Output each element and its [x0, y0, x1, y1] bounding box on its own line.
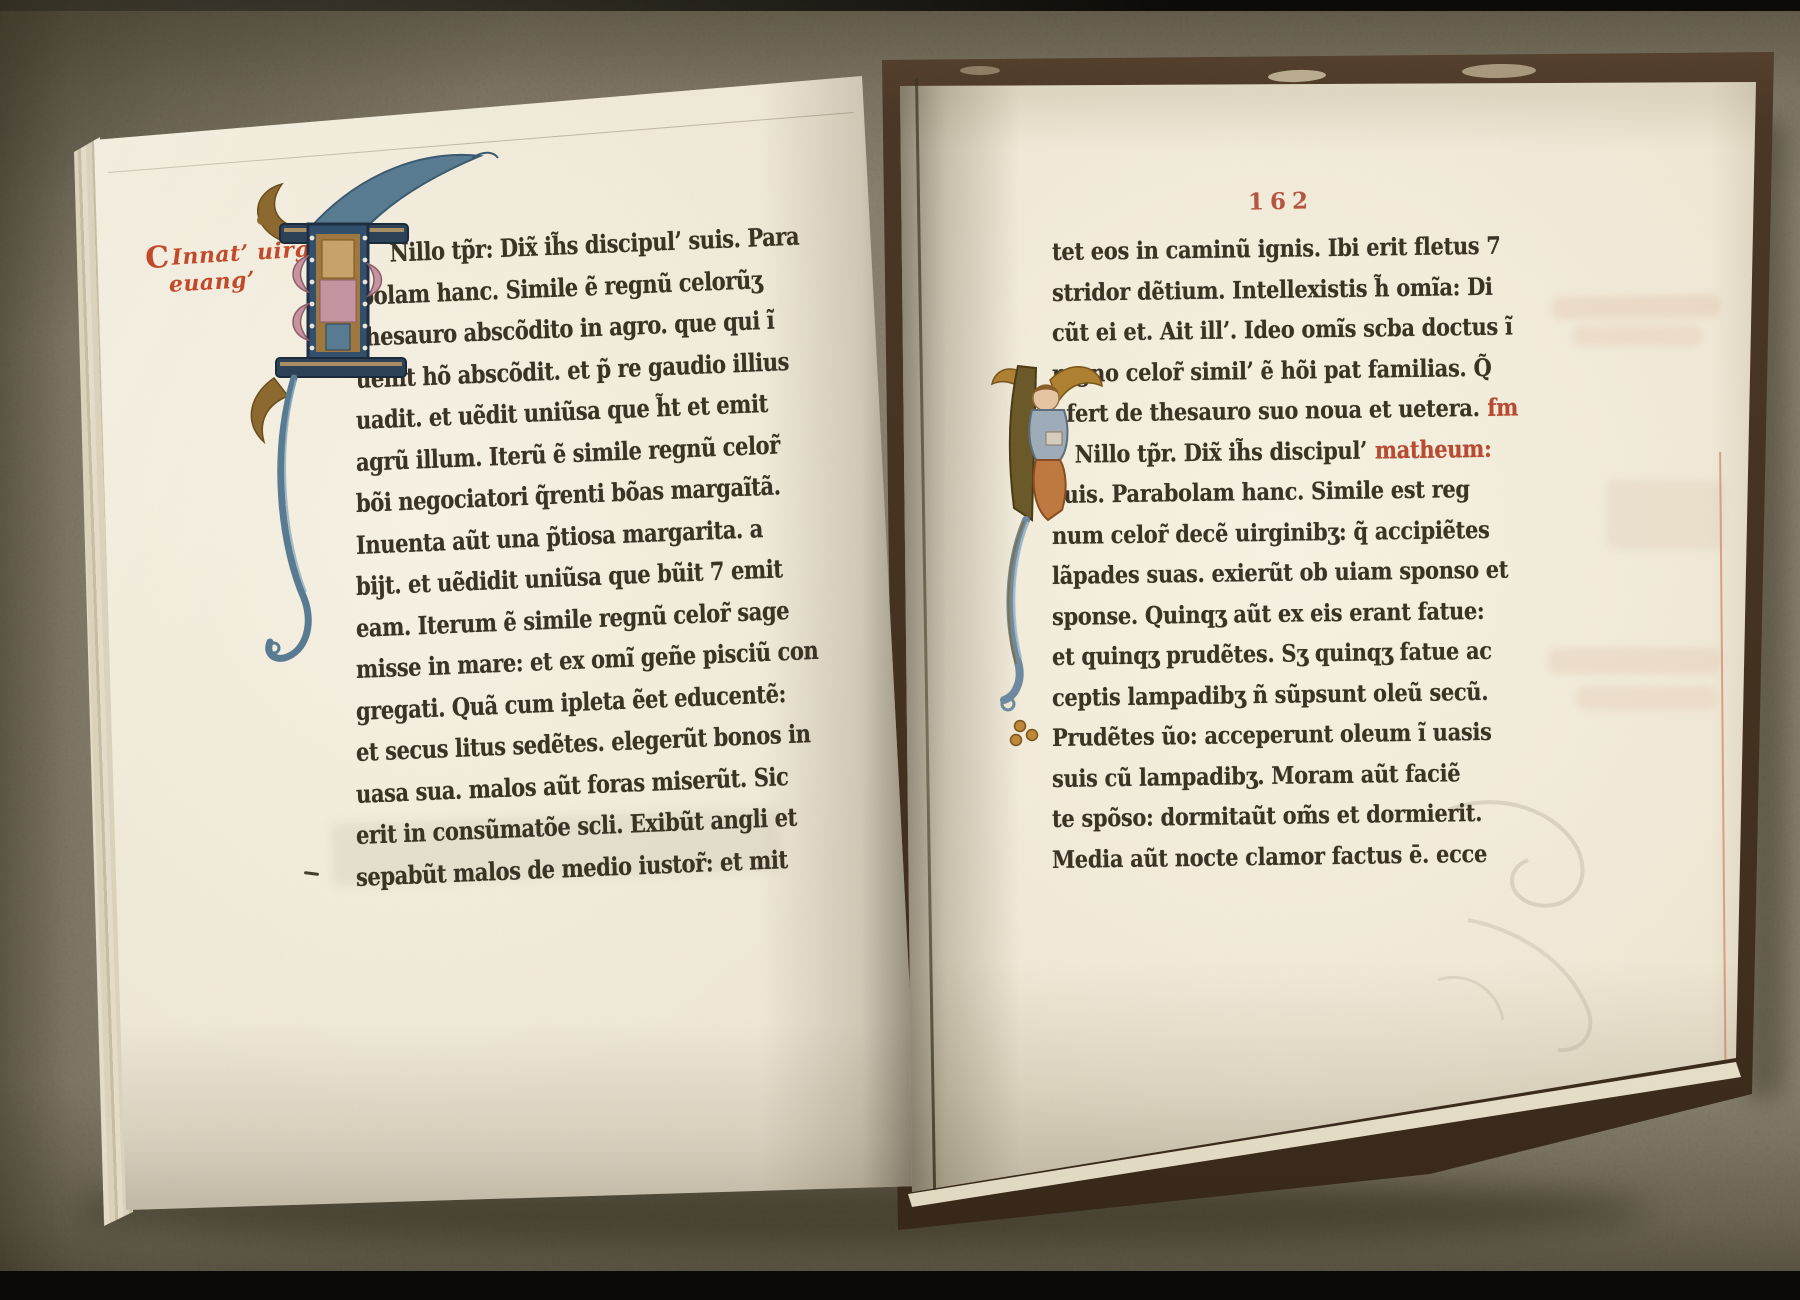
text-line: bijt. et uẽdidit uniũsa que bũit 7 emit [355, 551, 717, 607]
text-line: gregati. Quã cum ipleta ẽet educentẽ: [355, 676, 717, 732]
text-line: et quinqʒ prudẽtes. Sʒ quinqʒ fatue ac [1052, 631, 1453, 677]
show-through-mark [1548, 648, 1720, 674]
text-line: ceptis lampadibʒ ñ sũpsunt oleũ secũ. [1052, 672, 1453, 718]
text-line: suis. Parabolam hanc. Simile est reg [1052, 469, 1453, 515]
historiated-initial-angel-icon [988, 358, 1106, 758]
text-segment: pfert de thesauro suo noua et uetera. [1052, 393, 1480, 428]
text-line: sepabũt malos de medio iustor̃: et mit [355, 842, 717, 898]
photo-edge-top [0, 0, 1800, 11]
gutter-fold-line [915, 78, 936, 1190]
show-through-mark [1606, 480, 1724, 550]
text-line: uenit hõ abscõdit. et p̃ re gaudio illiu… [355, 344, 717, 400]
text-line: agrũ illum. Iterũ ẽ simile regnũ celor̃ [355, 427, 717, 483]
text-line: misse in mare: et ex omĩ geñe pisciũ con [355, 634, 717, 690]
text-line: sponse. Quinqʒ aũt ex eis erant fatue: [1052, 591, 1453, 637]
right-page: 162 [0, 0, 1800, 1300]
text-line: et secus litus sedẽtes. elegerũt bonos i… [355, 717, 717, 773]
margin-mark [304, 871, 319, 876]
right-text-column: tet eos in caminũ ignis. Ibi erit fletus… [1052, 232, 1512, 880]
text-line: suis cũ lampadibʒ. Moram aũt faciẽ [1052, 753, 1453, 799]
book-shadow [70, 1175, 1650, 1247]
leather-cover [0, 0, 1800, 1300]
text-line: Prudẽtes ũo: acceperunt oleum ĩ uasis [1052, 712, 1453, 758]
show-through-mark [1552, 295, 1720, 320]
offset-drawing-ghost [1408, 780, 1648, 1070]
ink-smudge [331, 808, 781, 886]
marginal-note: CInnat’ uirg’ euang’ [144, 235, 320, 300]
suede-texture [0, 0, 1800, 1300]
rubric-matheum: matheum: [1375, 433, 1492, 464]
text-line: te spõso: dormitaũt om̃s et dormierit. [1052, 793, 1453, 839]
left-text-column: Nillo tp̃r: Dix̃ ih̃s discipul’ suis. Pa… [356, 234, 786, 898]
text-line: tet eos in caminũ ignis. Ibi erit fletus… [1052, 226, 1453, 272]
illuminated-initial-I-icon [222, 128, 522, 688]
book-shadow-right [1742, 120, 1786, 1100]
marginal-note-line1: Innat’ uirg’ [171, 236, 319, 271]
text-line: uadit. et uẽdit uniũsa que h̃t et emit [355, 385, 717, 441]
text-line: erit in consũmatõe scli. Exibũt angli et [355, 800, 717, 856]
text-line: pfert de thesauro suo noua et uetera.fm [1052, 388, 1453, 434]
folio-number: 162 [1248, 187, 1314, 215]
paraph-mark: C [144, 240, 170, 276]
leather-wear-spot [1718, 86, 1744, 116]
text-line: stridor dẽtium. Intellexistis h̃ omĩa: D… [1052, 267, 1453, 313]
leather-wear-spot [1462, 63, 1536, 78]
text-line: thesauro abscõdito in agro. que qui ĩ [355, 302, 717, 358]
rubric-fm: fm [1487, 392, 1518, 421]
text-line: uasa sua. malos aũt foras miserũt. Sic [355, 759, 717, 815]
photo-edge-bottom [0, 1271, 1800, 1300]
page-stack-bottom-edge [0, 0, 1800, 1300]
text-line: Nillo tp̃r. Dix̃ ih̃s discipul’matheum: [1052, 429, 1453, 475]
margin-ruling-line [1719, 452, 1727, 1112]
text-line: eam. Iterum ẽ simile regnũ celor̃ sage [355, 593, 717, 649]
page-stack-left-edge [0, 0, 1800, 1300]
suede-background [0, 0, 1800, 1300]
text-line: bolam hanc. Simile ẽ regnũ celorũʒ [355, 261, 717, 317]
photo-grain [0, 0, 1800, 1300]
text-line: cũt ei et. Ait ill’. Ideo omĩs scba doct… [1052, 307, 1453, 353]
text-line: num celor̃ decẽ uirginibʒ: q̃ accipiẽtes [1052, 510, 1453, 556]
text-line: regno celor̃ simil’ ẽ hõi pat familias. … [1052, 348, 1453, 394]
text-line: Inuenta aũt una p̃tiosa margarita. a [355, 510, 717, 566]
marginal-note-line2: euang’ [146, 263, 321, 301]
show-through-mark [1572, 326, 1702, 346]
text-line: Nillo tp̃r: Dix̃ ih̃s discipul’ suis. Pa… [355, 219, 717, 275]
text-line: bõi negociatori q̃renti bõas margaĩtã. [355, 468, 717, 524]
page-crease [108, 112, 854, 173]
leather-wear-spot [1268, 69, 1326, 83]
left-page: CInnat’ uirg’ euang’ [0, 0, 1800, 1300]
text-line: lãpades suas. exierũt ob uiam sponso et [1052, 550, 1453, 596]
text-segment: Nillo tp̃r. Dix̃ ih̃s discipul’ [1074, 435, 1367, 468]
manuscript-photo: CInnat’ uirg’ euang’ [0, 0, 1800, 1300]
text-line: Media aũt nocte clamor factus ē. ecce [1052, 834, 1453, 880]
leather-wear-spot [960, 66, 1000, 75]
show-through-mark [1576, 686, 1716, 710]
